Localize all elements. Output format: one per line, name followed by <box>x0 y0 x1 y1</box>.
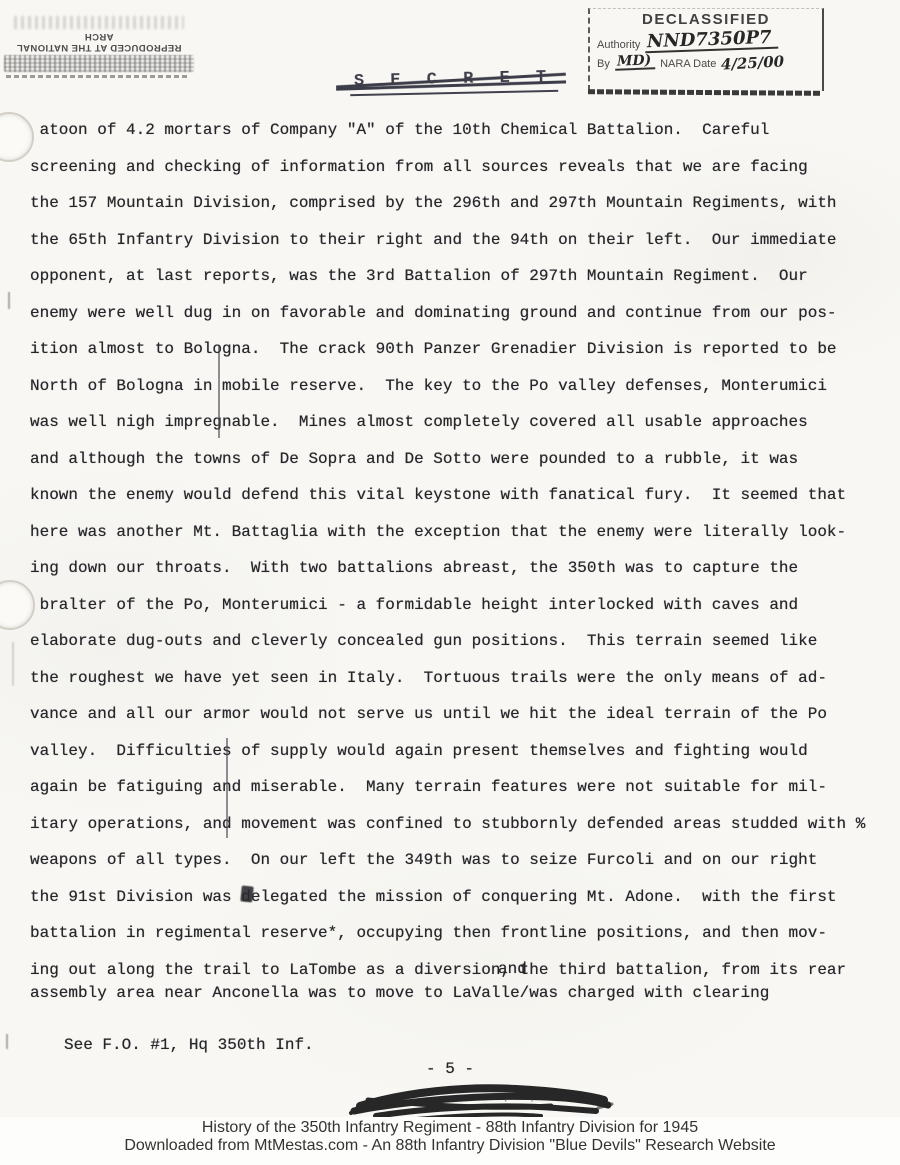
ink-smudge-band <box>4 55 194 72</box>
typed-line: here was another Mt. Battaglia with the … <box>30 514 890 551</box>
scanned-document-page: REPRODUCED AT THE NATIONAL ARCH DECLASSI… <box>0 0 900 1165</box>
typed-line: was well nigh impregnable. Mines almost … <box>30 404 890 441</box>
typed-line: again be fatiguing and miserable. Many t… <box>30 769 890 806</box>
scan-artifact-dots: · · <box>502 1094 542 1108</box>
footnote-line: See F.O. #1, Hq 350th Inf. <box>64 1036 314 1054</box>
footer-source: Downloaded from MtMestas.com - An 88th I… <box>0 1137 900 1155</box>
scan-artifact-vline <box>218 346 220 438</box>
scan-artifact-tick <box>8 292 10 309</box>
typed-line: North of Bologna in mobile reserve. The … <box>30 368 890 405</box>
authority-value-handwritten: NND7350P7 <box>645 30 778 54</box>
typed-body: atoon of 4.2 mortars of Company "A" of t… <box>30 112 890 988</box>
typed-line: vance and all our armor would not serve … <box>30 696 890 733</box>
stamp-bottom-scrawl <box>588 89 820 96</box>
scan-artifact-tick <box>12 642 14 686</box>
ink-smudge-line <box>6 75 188 78</box>
typed-line: bralter of the Po, Monterumici - a formi… <box>30 587 890 624</box>
scan-artifact-vline <box>226 738 228 838</box>
typed-line: and although the towns of De Sopra and D… <box>30 441 890 478</box>
by-value-handwritten: MD) <box>615 54 656 70</box>
typed-insertion-word: and <box>498 960 527 978</box>
scan-artifact-tick <box>6 1034 8 1049</box>
reproduced-stamp-text: REPRODUCED AT THE NATIONAL ARCH <box>4 31 194 53</box>
hole-punch-top <box>0 112 34 162</box>
nara-date-value-handwritten: 4/25/00 <box>721 55 785 71</box>
typed-line: screening and checking of information fr… <box>30 149 890 186</box>
reproduced-at-archives-stamp: REPRODUCED AT THE NATIONAL ARCH <box>4 16 194 78</box>
typed-line: atoon of 4.2 mortars of Company "A" of t… <box>30 112 890 149</box>
nara-date-label: NARA Date <box>660 58 716 70</box>
declassified-title: DECLASSIFIED <box>597 11 815 28</box>
authority-label: Authority <box>597 39 640 51</box>
typed-line: ing down our throats. With two battalion… <box>30 550 890 587</box>
typed-line: enemy were well dug in on favorable and … <box>30 295 890 332</box>
footer-title: History of the 350th Infantry Regiment -… <box>0 1119 900 1137</box>
typed-line: weapons of all types. On our left the 34… <box>30 842 890 879</box>
page-number: - 5 - <box>0 1060 900 1078</box>
typed-line: the 157 Mountain Division, comprised by … <box>30 185 890 222</box>
typed-line: opponent, at last reports, was the 3rd B… <box>30 258 890 295</box>
typed-line: battalion in regimental reserve*, occupy… <box>30 915 890 952</box>
typed-line: itary operations, and movement was confi… <box>30 806 890 843</box>
secret-classification-struck: S E C R E T <box>350 68 559 96</box>
typed-line: known the enemy would defend this vital … <box>30 477 890 514</box>
typed-line-assembly: assembly area near Anconella was to move… <box>30 980 769 1006</box>
typed-line: the 91st Division was delegated the miss… <box>30 879 890 916</box>
typewriter-overstrike-blot <box>240 885 254 902</box>
typed-line: valley. Difficulties of supply would aga… <box>30 733 890 770</box>
ink-smudge <box>14 16 184 29</box>
by-label: By <box>597 58 610 70</box>
declassified-stamp: DECLASSIFIED Authority NND7350P7 By MD) … <box>588 8 824 91</box>
typed-line: the roughest we have yet seen in Italy. … <box>30 660 890 697</box>
typed-line: elaborate dug-outs and cleverly conceale… <box>30 623 890 660</box>
typed-line: ition almost to Bologna. The crack 90th … <box>30 331 890 368</box>
typed-line: the 65th Infantry Division to their righ… <box>30 222 890 259</box>
